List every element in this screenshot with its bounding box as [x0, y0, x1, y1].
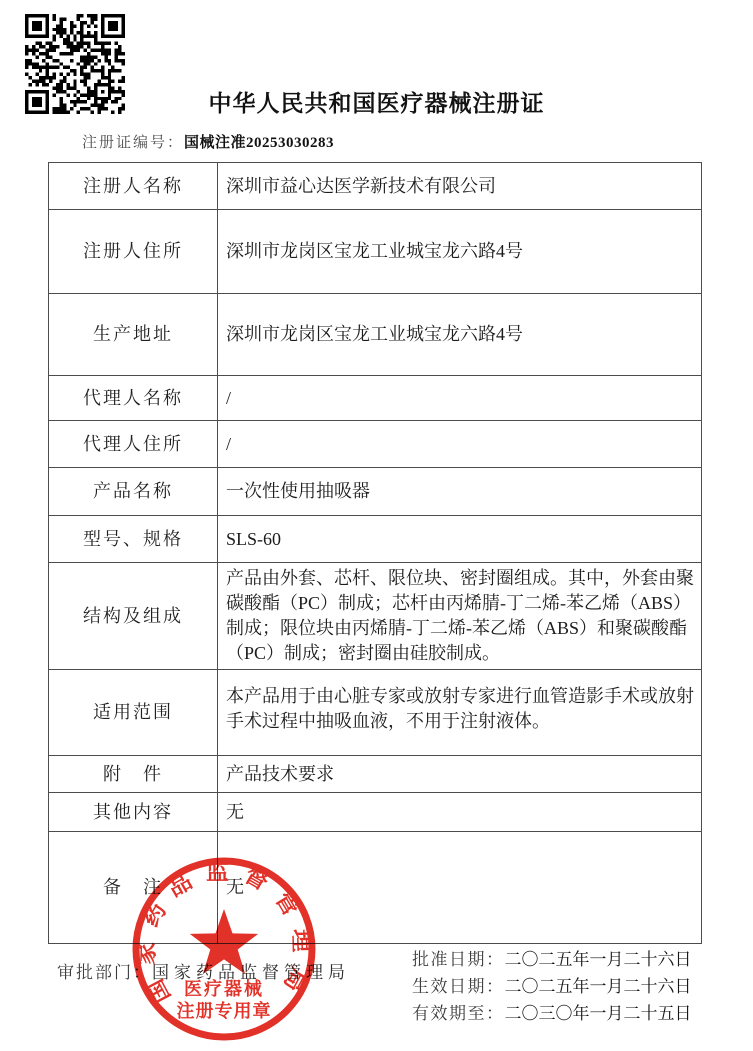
- expiry-date-label: 有效期至：: [412, 1004, 505, 1023]
- certificate-number-value: 国械注准20253030283: [184, 135, 334, 151]
- row-value: 深圳市龙岗区宝龙工业城宝龙六路4号: [218, 210, 702, 294]
- approval-date-label: 批准日期：: [412, 950, 505, 969]
- effective-date-line: 生效日期：二〇二五年一月二十六日: [412, 973, 692, 1000]
- effective-date-value: 二〇二五年一月二十六日: [505, 977, 692, 996]
- row-value: 一次性使用抽吸器: [218, 468, 702, 516]
- row-value: SLS-60: [218, 516, 702, 563]
- certificate-number-label: 注册证编号：: [82, 135, 184, 151]
- table-row: 备 注 无: [49, 832, 702, 944]
- row-value: 本产品用于由心脏专家或放射专家进行血管造影手术或放射手术过程中抽吸血液，不用于注…: [218, 670, 702, 756]
- approval-date-value: 二〇二五年一月二十六日: [505, 950, 692, 969]
- table-row: 产品名称 一次性使用抽吸器: [49, 468, 702, 516]
- approval-department-label: 审批部门：: [57, 963, 152, 982]
- row-value: 深圳市益心达医学新技术有限公司: [218, 163, 702, 210]
- row-value: 无: [218, 832, 702, 944]
- table-row: 注册人名称 深圳市益心达医学新技术有限公司: [49, 163, 702, 210]
- row-label: 附 件: [49, 756, 218, 793]
- row-value: 无: [218, 793, 702, 832]
- row-label: 型号、规格: [49, 516, 218, 563]
- row-value: 深圳市龙岗区宝龙工业城宝龙六路4号: [218, 294, 702, 376]
- row-label: 其他内容: [49, 793, 218, 832]
- approval-date-line: 批准日期：二〇二五年一月二十六日: [412, 946, 692, 973]
- table-row: 其他内容 无: [49, 793, 702, 832]
- expiry-date-line: 有效期至：二〇三〇年一月二十五日: [412, 1000, 692, 1027]
- row-label: 注册人名称: [49, 163, 218, 210]
- certificate-number-line: 注册证编号：国械注准20253030283: [82, 131, 334, 152]
- row-label: 结构及组成: [49, 563, 218, 670]
- table-row: 代理人住所 /: [49, 421, 702, 468]
- row-value: 产品技术要求: [218, 756, 702, 793]
- table-row: 注册人住所 深圳市龙岗区宝龙工业城宝龙六路4号: [49, 210, 702, 294]
- certificate-page: 中华人民共和国医疗器械注册证 注册证编号：国械注准20253030283 注册人…: [0, 0, 753, 1051]
- page-title: 中华人民共和国医疗器械注册证: [0, 85, 753, 118]
- row-label: 产品名称: [49, 468, 218, 516]
- registration-table: 注册人名称 深圳市益心达医学新技术有限公司 注册人住所 深圳市龙岗区宝龙工业城宝…: [48, 162, 702, 944]
- dates-block: 批准日期：二〇二五年一月二十六日 生效日期：二〇二五年一月二十六日 有效期至：二…: [412, 946, 692, 1027]
- row-label: 备 注: [49, 832, 218, 944]
- expiry-date-value: 二〇三〇年一月二十五日: [505, 1004, 692, 1023]
- row-value: /: [218, 421, 702, 468]
- row-value: /: [218, 376, 702, 421]
- table-row: 型号、规格 SLS-60: [49, 516, 702, 563]
- approval-department-value: 国家药品监督管理局: [152, 963, 350, 982]
- row-label: 注册人住所: [49, 210, 218, 294]
- row-label: 代理人名称: [49, 376, 218, 421]
- table-row: 代理人名称 /: [49, 376, 702, 421]
- effective-date-label: 生效日期：: [412, 977, 505, 996]
- approval-department-line: 审批部门：国家药品监督管理局: [57, 958, 350, 983]
- table-row: 适用范围 本产品用于由心脏专家或放射专家进行血管造影手术或放射手术过程中抽吸血液…: [49, 670, 702, 756]
- row-label: 适用范围: [49, 670, 218, 756]
- row-value: 产品由外套、芯杆、限位块、密封圈组成。其中，外套由聚碳酸酯（PC）制成；芯杆由丙…: [218, 563, 702, 670]
- row-label: 生产地址: [49, 294, 218, 376]
- table-row: 附 件 产品技术要求: [49, 756, 702, 793]
- table-row: 结构及组成 产品由外套、芯杆、限位块、密封圈组成。其中，外套由聚碳酸酯（PC）制…: [49, 563, 702, 670]
- row-label: 代理人住所: [49, 421, 218, 468]
- table-row: 生产地址 深圳市龙岗区宝龙工业城宝龙六路4号: [49, 294, 702, 376]
- stamp-line2: 注册专用章: [177, 1000, 272, 1021]
